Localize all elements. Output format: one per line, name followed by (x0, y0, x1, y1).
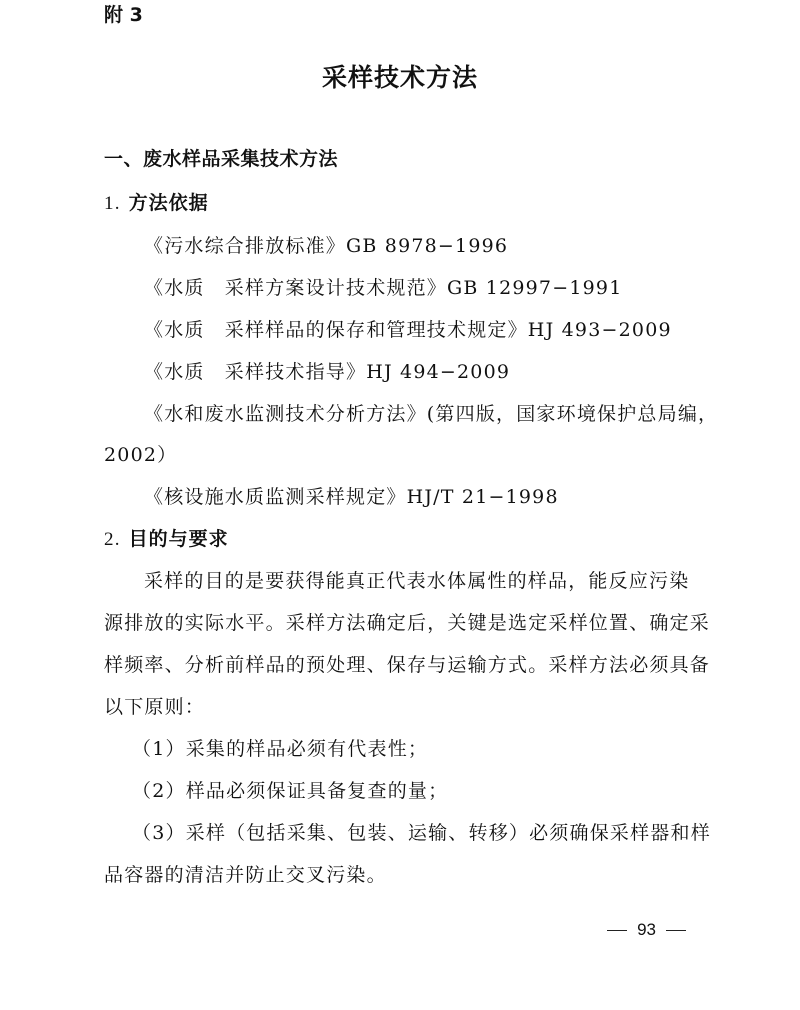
page-number-value: 93 (637, 920, 656, 939)
reference-item: 《水质 采样方案设计技术规范》GB 12997−1991 (144, 276, 623, 300)
reference-item: 《水质 采样技术指导》HJ 494−2009 (144, 360, 510, 384)
reference-item-continuation: 2002） (104, 443, 177, 467)
principle-item: （2）样品必须保证具备复查的量； (132, 779, 448, 803)
reference-item: 《水和废水监测技术分析方法》(第四版，国家环境保护总局编， (144, 402, 718, 426)
page-title: 采样技术方法 (0, 62, 800, 94)
subsection-title: 方法依据 (129, 192, 209, 214)
subsection-heading-purpose: 2.目的与要求 (104, 527, 229, 552)
subsection-number: 1. (104, 193, 121, 214)
principle-item: （3）采样（包括采集、包装、运输、转移）必须确保采样器和样 (132, 821, 711, 845)
reference-item: 《水质 采样样品的保存和管理技术规定》HJ 493−2009 (144, 318, 672, 342)
paragraph-line: 样频率、分析前样品的预处理、保存与运输方式。采样方法必须具备 (104, 653, 710, 677)
reference-item: 《核设施水质监测采样规定》HJ/T 21−1998 (144, 485, 559, 509)
reference-item: 《污水综合排放标准》GB 8978−1996 (144, 234, 508, 258)
principle-item: （1）采集的样品必须有代表性； (132, 737, 428, 761)
principle-item-continuation: 品容器的清洁并防止交叉污染。 (104, 863, 387, 887)
subsection-title: 目的与要求 (129, 528, 229, 550)
subsection-heading-method-basis: 1.方法依据 (104, 191, 209, 216)
annex-label: 附 3 (104, 3, 143, 27)
section-heading: 一、废水样品采集技术方法 (104, 147, 338, 171)
dash-left (607, 930, 627, 931)
page-number: 93 (597, 918, 696, 942)
paragraph-line: 以下原则： (104, 695, 205, 719)
paragraph-line: 采样的目的是要获得能真正代表水体属性的样品，能反应污染 (144, 569, 689, 593)
paragraph-line: 源排放的实际水平。采样方法确定后，关键是选定采样位置、确定采 (104, 611, 710, 635)
subsection-number: 2. (104, 529, 121, 550)
dash-right (666, 930, 686, 931)
